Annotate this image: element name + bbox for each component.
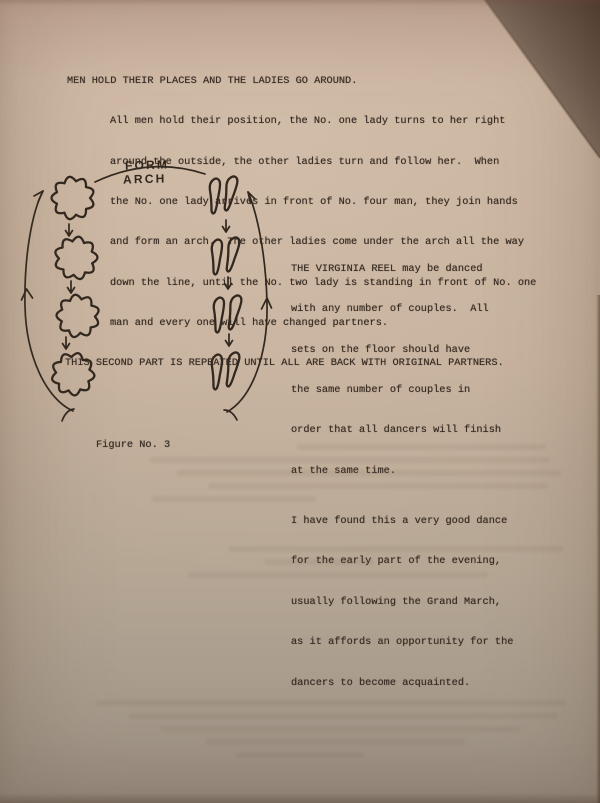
top-edge-shadow	[0, 0, 600, 6]
ghost-text-line	[264, 559, 374, 565]
ghost-text-line	[176, 470, 561, 476]
ghost-text-line	[235, 752, 365, 758]
footprint-pair-icon	[211, 237, 240, 275]
lady-shape-icon	[52, 177, 94, 219]
lady-shape-icon	[45, 346, 101, 402]
bottom-edge-shadow	[0, 793, 600, 803]
arch-line-icon	[95, 167, 205, 182]
photographed-document-page: MEN HOLD THEIR PLACES AND THE LADIES GO …	[0, 0, 600, 803]
ghost-text-line	[296, 444, 546, 450]
down-arrow-icon	[225, 277, 232, 289]
ghost-text-line	[205, 739, 465, 745]
down-arrow-icon	[68, 281, 75, 293]
side-text-line: I have found this a very good dance	[291, 515, 513, 528]
side-text-line: the same number of couples in	[291, 384, 513, 397]
lady-shape-icon	[49, 231, 102, 284]
intro-line: All men hold their position, the No. one…	[110, 115, 600, 128]
side-text-line: THE VIRGINIA REEL may be danced	[291, 263, 513, 276]
virginia-reel-note: THE VIRGINIA REEL may be danced with any…	[291, 236, 513, 717]
footprint-pair-icon	[213, 295, 242, 333]
ghost-text-line	[128, 713, 558, 719]
right-edge-shadow	[596, 295, 600, 803]
side-text-line: usually following the Grand March,	[291, 596, 513, 609]
circulation-arrow-left-icon	[22, 191, 75, 421]
ghost-text-line	[160, 726, 520, 732]
footprint-pair-icon	[209, 176, 238, 214]
side-text-line: dancers to become acquainted.	[291, 677, 513, 690]
ghost-text-line	[208, 483, 548, 489]
lady-shape-icon	[48, 286, 107, 346]
footprint-pair-icon	[211, 352, 240, 390]
side-text-line: as it affords an opportunity for the	[291, 636, 513, 649]
down-arrow-icon	[63, 337, 70, 349]
down-arrow-icon	[66, 224, 73, 236]
intro-heading: MEN HOLD THEIR PLACES AND THE LADIES GO …	[67, 75, 600, 88]
ghost-text-line	[228, 546, 563, 552]
side-text-line: order that all dancers will finish	[291, 424, 513, 437]
figure-caption: Figure No. 3	[96, 439, 170, 452]
down-arrow-icon	[223, 220, 230, 232]
side-text-line: sets on the floor should have	[291, 344, 513, 357]
ladies-column	[45, 177, 108, 402]
ghost-text-line	[150, 457, 550, 463]
side-text-line: with any number of couples. All	[291, 303, 513, 316]
ghost-text-line	[152, 496, 317, 502]
down-arrow-icon	[226, 334, 233, 346]
ghost-text-line	[96, 700, 566, 706]
ghost-text-line	[188, 572, 488, 578]
dance-diagram	[0, 150, 300, 440]
footprints-column	[209, 176, 242, 390]
